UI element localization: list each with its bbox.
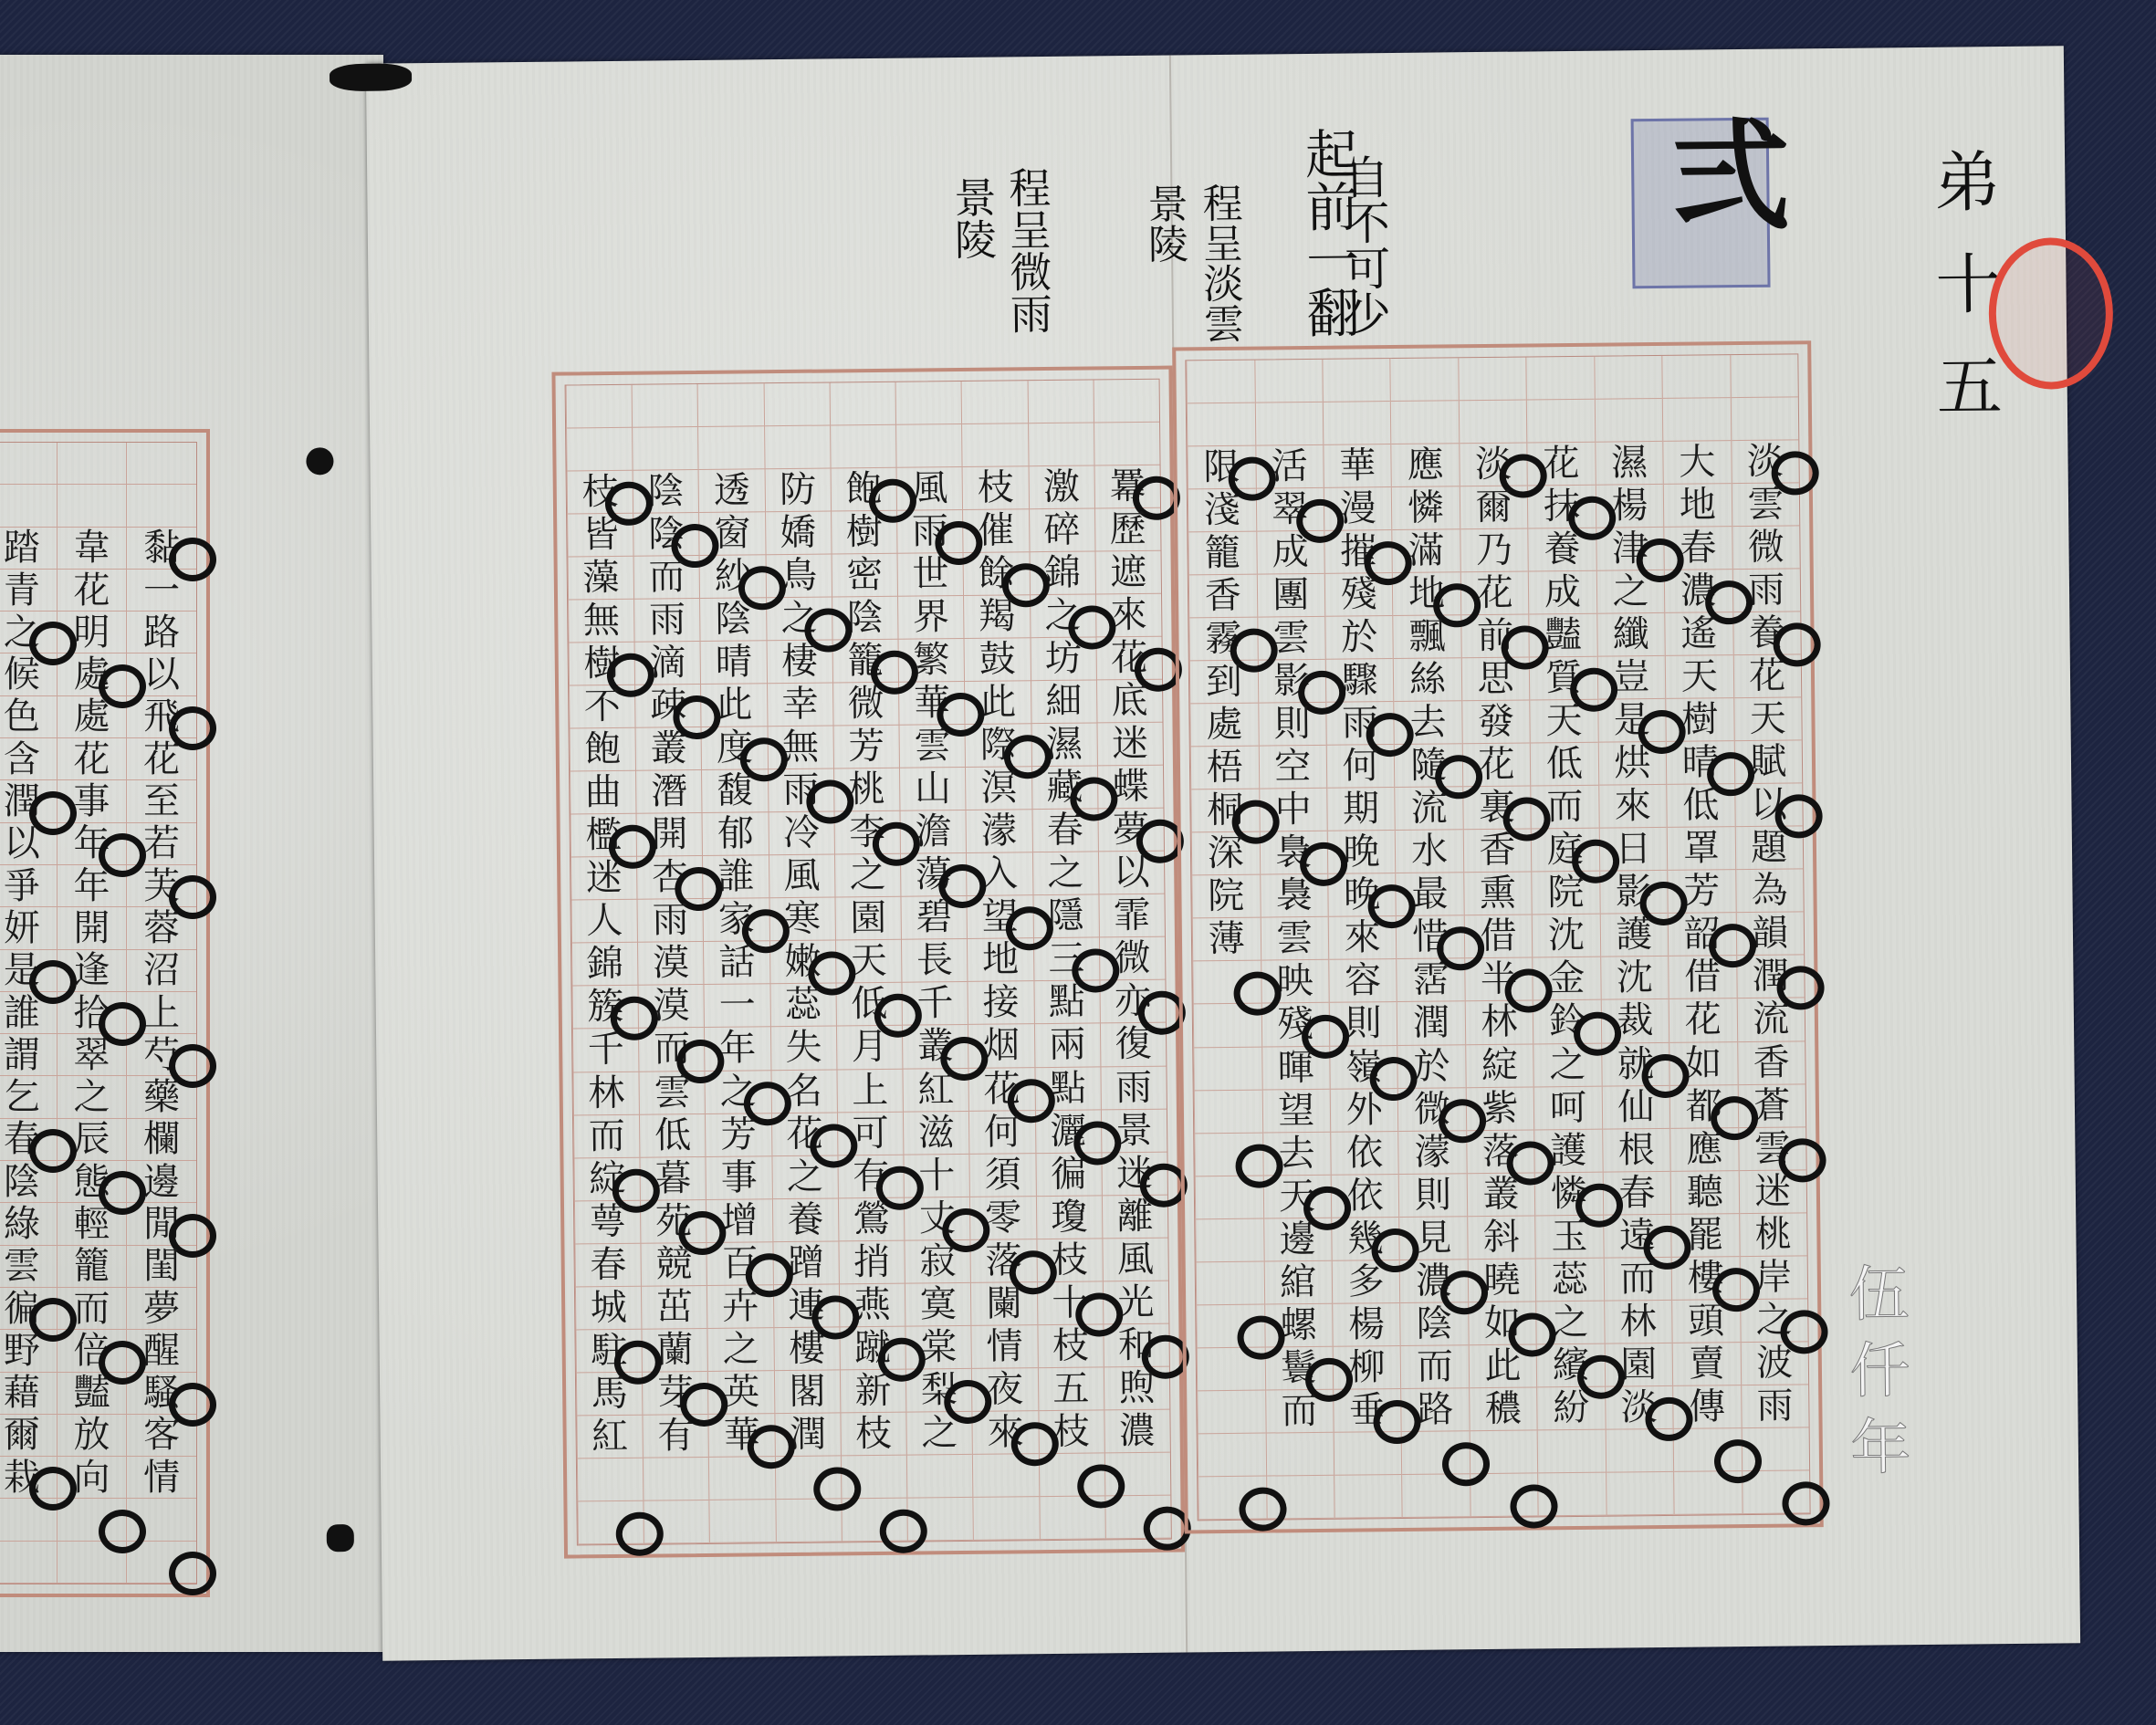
- character-cell: 溟: [966, 767, 1031, 810]
- character-cell: 翠: [58, 1034, 127, 1076]
- character-cell: 馥: [702, 770, 768, 814]
- empty-cell: [765, 426, 831, 470]
- character-cell: 沈: [1533, 915, 1600, 958]
- character-cell: [974, 1497, 1040, 1541]
- character-cell: 叢: [1468, 1173, 1535, 1217]
- character-cell: 微: [1732, 526, 1800, 570]
- empty-cell: [567, 385, 633, 429]
- character-cell: 飽: [570, 728, 636, 772]
- character-cell: 上: [837, 1069, 903, 1113]
- character-cell: 綰: [1264, 1260, 1332, 1304]
- character-cell: 仙: [1602, 1085, 1669, 1129]
- character-cell: 山: [900, 768, 966, 811]
- character-cell: 妍: [0, 907, 57, 949]
- character-cell: 為: [1736, 870, 1804, 914]
- character-cell: 雲: [0, 1246, 57, 1288]
- character-cell: 失: [771, 1027, 837, 1071]
- character-cell: 飄: [1394, 615, 1461, 659]
- character-cell: 則: [1399, 1174, 1467, 1218]
- character-cell: 駐: [576, 1329, 642, 1373]
- character-cell: 皆: [568, 514, 633, 558]
- character-cell: [1266, 1433, 1334, 1477]
- character-cell: [1196, 1218, 1263, 1262]
- character-cell: 春: [0, 1119, 57, 1161]
- character-cell: 應: [1670, 1128, 1738, 1172]
- character-cell: 根: [1603, 1128, 1670, 1172]
- character-cell: 處: [58, 696, 127, 738]
- character-cell: 樓: [774, 1327, 840, 1371]
- character-cell: 激: [1029, 466, 1094, 510]
- character-cell: 綠: [0, 1203, 57, 1245]
- character-cell: 爭: [0, 865, 57, 907]
- right-page-columns: 淡雲微雨養花天賦以題為韻潤流香蒼雲迷桃岸之波雨大地春濃遙天樹晴低罩芳韶借花如都應…: [1185, 353, 1810, 1521]
- character-cell: 藻: [569, 557, 634, 601]
- character-cell: 棲: [767, 641, 832, 685]
- character-cell: 春: [1032, 810, 1098, 853]
- character-cell: 何: [1327, 745, 1395, 789]
- character-cell: 花: [127, 738, 196, 780]
- character-cell: 則: [1259, 703, 1326, 747]
- character-cell: 密: [832, 554, 897, 598]
- character-cell: 年: [58, 865, 127, 907]
- character-cell: 賣: [1673, 1343, 1741, 1386]
- character-cell: 世: [898, 553, 964, 597]
- character-cell: 芳: [833, 726, 899, 769]
- character-cell: 遙: [1665, 612, 1732, 656]
- character-cell: 離: [1103, 1195, 1168, 1239]
- left-page-grid: 羃歷遮來花底迷蝶夢以霏微亦復雨景迷離風光和煦濃激碎錦之坊細濕藏春之隱三點兩點灑徧…: [551, 366, 1185, 1559]
- character-cell: [1194, 1004, 1261, 1048]
- character-cell: 至: [127, 780, 196, 822]
- character-cell: 濕: [1596, 442, 1663, 486]
- empty-cell: [699, 426, 765, 470]
- character-cell: 雲: [640, 1071, 706, 1114]
- empty-cell: [764, 382, 830, 426]
- character-cell: 千: [573, 1029, 639, 1072]
- empty-cell: [127, 485, 196, 527]
- character-cell: 此: [1469, 1344, 1536, 1388]
- character-cell: 華: [1324, 444, 1391, 488]
- character-cell: 夢: [127, 1288, 196, 1330]
- character-cell: 芳: [706, 1113, 771, 1157]
- empty-cell: [58, 485, 127, 527]
- character-cell: 於: [1325, 616, 1393, 660]
- character-cell: 捎: [839, 1240, 905, 1284]
- character-cell: 多: [1333, 1260, 1400, 1304]
- character-cell: 謂: [0, 1034, 57, 1076]
- character-cell: 細: [1031, 681, 1097, 725]
- character-cell: 低: [1531, 743, 1598, 787]
- character-cell: 香: [1464, 830, 1532, 873]
- signature-line-2: 景陵: [1140, 183, 1188, 264]
- character-cell: 閣: [775, 1370, 841, 1414]
- character-cell: 霏: [1099, 894, 1165, 938]
- character-cell: 邊: [1264, 1218, 1332, 1261]
- signature-2-line-1: 程呈微雨: [1002, 166, 1053, 335]
- text-column: 激碎錦之坊細濕藏春之隱三點兩點灑徧瓊枝十枝五枝: [1027, 380, 1105, 1540]
- character-cell: 林: [1605, 1301, 1672, 1344]
- character-cell: 復: [1101, 1023, 1167, 1067]
- character-cell: 須: [970, 1154, 1036, 1197]
- character-cell: 淺: [1188, 489, 1256, 533]
- character-cell: 林: [1466, 1001, 1533, 1045]
- character-cell: 何: [969, 1111, 1035, 1155]
- text-column: 踏青之候色含潤以爭妍是誰謂乞春陰綠雲徧野藉爾栽: [0, 443, 57, 1584]
- character-cell: 一: [127, 570, 196, 612]
- character-cell: 情: [127, 1457, 196, 1499]
- empty-cell: [1596, 399, 1663, 443]
- signature-line-1: 程呈淡雲: [1195, 183, 1243, 344]
- character-cell: 透: [699, 469, 765, 513]
- empty-cell: [1029, 423, 1094, 466]
- empty-cell: [633, 427, 698, 471]
- signature-2-line-2: 景陵: [947, 176, 998, 261]
- character-cell: 風: [769, 855, 835, 899]
- empty-cell: [1731, 397, 1798, 441]
- character-cell: 冷: [769, 812, 834, 856]
- character-cell: 幸: [768, 684, 833, 727]
- character-cell: 來: [1599, 785, 1667, 829]
- character-cell: 纖: [1597, 613, 1665, 657]
- character-cell: 處: [1190, 704, 1258, 747]
- character-cell: 羯: [964, 595, 1030, 639]
- character-cell: 煦: [1104, 1366, 1170, 1410]
- character-cell: 開: [58, 907, 127, 949]
- character-cell: 低: [1667, 784, 1734, 828]
- character-cell: 裊: [1261, 874, 1328, 918]
- character-cell: 有: [644, 1415, 709, 1458]
- empty-cell: [1028, 380, 1094, 423]
- character-cell: 熏: [1464, 873, 1532, 916]
- character-cell: 暉: [1262, 1046, 1330, 1090]
- character-cell: 栽: [0, 1457, 57, 1499]
- empty-cell: [0, 485, 57, 527]
- character-cell: 一: [705, 985, 770, 1029]
- character-cell: 園: [835, 897, 901, 941]
- character-cell: 雲: [1261, 917, 1328, 961]
- character-cell: 放: [58, 1415, 127, 1457]
- empty-cell: [1391, 401, 1459, 444]
- character-cell: 界: [898, 596, 964, 640]
- character-cell: 不: [570, 685, 635, 729]
- empty-cell: [1459, 357, 1526, 401]
- character-cell: [907, 1455, 973, 1499]
- character-cell: 樹: [832, 511, 897, 555]
- empty-cell: [962, 423, 1028, 467]
- character-cell: 發: [1462, 701, 1530, 745]
- character-cell: 借: [1669, 957, 1736, 1000]
- character-cell: 深: [1192, 832, 1260, 876]
- character-cell: 錦: [572, 943, 638, 987]
- character-cell: 林: [574, 1072, 640, 1115]
- character-cell: 羃: [1094, 465, 1160, 509]
- character-cell: 徧: [0, 1288, 57, 1330]
- empty-cell: [1255, 402, 1323, 446]
- character-cell: 罩: [1668, 827, 1735, 871]
- character-cell: 月: [837, 1026, 903, 1070]
- character-cell: 低: [640, 1113, 706, 1157]
- character-cell: 陰: [0, 1161, 57, 1203]
- character-cell: 誰: [0, 992, 57, 1034]
- character-cell: 蕊: [1536, 1258, 1604, 1302]
- left-partial-sheet: 黏一路以飛花至若芙蓉沼上芍藥欄邊閒閨夢醒騷客情韋花明處處花事年年開逢拾翠之辰態輕…: [0, 55, 383, 1652]
- character-cell: 梧: [1191, 747, 1259, 790]
- character-cell: [776, 1499, 842, 1542]
- character-cell: 濛: [1399, 1131, 1467, 1175]
- reviewer-signature-2b: 景陵: [942, 175, 1003, 304]
- empty-cell: [1188, 403, 1255, 447]
- character-cell: [1198, 1433, 1266, 1477]
- character-cell: 斜: [1468, 1216, 1535, 1260]
- character-cell: 外: [1331, 1089, 1398, 1133]
- character-cell: 以: [1099, 852, 1165, 895]
- left-page-columns: 羃歷遮來花底迷蝶夢以霏微亦復雨景迷離風光和煦濃激碎錦之坊細濕藏春之隱三點兩點灑徧…: [565, 379, 1172, 1546]
- character-cell: 情: [972, 1325, 1038, 1369]
- character-cell: 寂: [905, 1240, 971, 1284]
- character-cell: 淡: [1732, 440, 1799, 484]
- character-cell: 無: [569, 600, 634, 643]
- empty-cell: [58, 443, 127, 485]
- character-cell: 之: [58, 1076, 127, 1118]
- character-cell: 郁: [703, 813, 769, 857]
- character-cell: [578, 1458, 644, 1501]
- character-cell: [0, 1499, 57, 1541]
- character-cell: 新: [841, 1369, 906, 1413]
- character-cell: 鼓: [965, 638, 1031, 682]
- character-cell: 客: [127, 1415, 196, 1457]
- character-cell: 五: [1038, 1367, 1104, 1411]
- character-cell: 叢: [636, 727, 702, 771]
- character-cell: 之: [1033, 852, 1099, 896]
- character-cell: 乞: [0, 1076, 57, 1118]
- character-cell: 檻: [571, 814, 637, 858]
- character-cell: 雲: [900, 725, 966, 768]
- character-cell: 期: [1327, 788, 1395, 831]
- character-cell: 憐: [1392, 486, 1460, 530]
- character-cell: [58, 1542, 127, 1584]
- character-cell: 黏: [127, 528, 196, 570]
- character-cell: 城: [576, 1286, 642, 1330]
- character-cell: 紅: [904, 1068, 969, 1112]
- character-cell: [709, 1457, 775, 1500]
- character-cell: [1606, 1429, 1673, 1473]
- character-cell: 霑: [1397, 959, 1465, 1003]
- character-cell: 路: [127, 612, 196, 653]
- character-cell: 樹: [570, 643, 635, 686]
- character-cell: [1674, 1471, 1742, 1515]
- character-cell: 香: [1738, 1041, 1805, 1085]
- embossed-stamp: 伍仟年: [1830, 1261, 1920, 1492]
- character-cell: 春: [575, 1243, 641, 1287]
- character-cell: 點: [1034, 981, 1100, 1025]
- character-cell: [1040, 1496, 1105, 1540]
- character-cell: 薄: [1193, 918, 1261, 962]
- character-cell: [1334, 1475, 1402, 1519]
- character-cell: 之: [1596, 570, 1664, 614]
- red-seal: [1988, 237, 2114, 390]
- character-cell: [644, 1458, 709, 1501]
- character-cell: 院: [1192, 875, 1260, 919]
- character-cell: 風: [1103, 1238, 1168, 1281]
- character-cell: 踏: [0, 528, 57, 570]
- character-cell: 枝: [1038, 1324, 1104, 1368]
- empty-cell: [1255, 360, 1323, 403]
- character-cell: [1195, 1090, 1262, 1134]
- character-cell: 含: [0, 738, 57, 780]
- character-cell: 籠: [1188, 532, 1256, 576]
- empty-cell: [1595, 356, 1662, 400]
- character-cell: 青: [0, 570, 57, 612]
- ink-stain: [306, 447, 333, 475]
- character-cell: 花: [58, 570, 127, 612]
- character-cell: 成: [1257, 531, 1324, 575]
- character-cell: 淡: [1460, 444, 1527, 487]
- reviewer-comment-1b: 自不可少: [1330, 153, 1398, 392]
- character-cell: 碎: [1030, 509, 1095, 553]
- character-cell: 雨: [634, 599, 700, 643]
- character-cell: [1197, 1304, 1264, 1348]
- character-cell: 徧: [1036, 1153, 1102, 1197]
- text-column: 枝皆藻無樹不飽曲檻迷人錦簇千林而綻萼春城駐馬紅: [566, 385, 644, 1545]
- character-cell: 綻: [574, 1157, 640, 1201]
- character-cell: 天: [1666, 655, 1733, 699]
- character-cell: 迷: [1739, 1170, 1806, 1214]
- character-cell: 思: [1462, 658, 1530, 702]
- character-cell: [1607, 1472, 1674, 1516]
- text-column: 防嬌鳥之棲幸無雨冷風寒嫩蕊失名花之養蹭連樓閣潤: [763, 382, 842, 1542]
- character-cell: 而: [574, 1114, 640, 1158]
- character-cell: 爾: [0, 1415, 57, 1457]
- character-cell: 話: [704, 942, 769, 986]
- character-cell: 地: [1664, 484, 1732, 528]
- character-cell: 籠: [58, 1246, 127, 1288]
- character-cell: 紛: [1537, 1386, 1605, 1430]
- character-cell: 地: [968, 939, 1033, 983]
- left-sheet-columns: 黏一路以飛花至若芙蓉沼上芍藥欄邊閒閨夢醒騷客情韋花明處處花事年年開逢拾翠之辰態輕…: [0, 442, 197, 1584]
- character-cell: 濛: [967, 810, 1032, 854]
- reviewer-signature-1b: 景陵: [1134, 183, 1193, 311]
- character-cell: 萼: [575, 1200, 641, 1244]
- character-cell: [1198, 1476, 1266, 1520]
- character-cell: 養: [1529, 528, 1596, 572]
- character-cell: 人: [572, 900, 638, 944]
- character-cell: 天: [1531, 700, 1598, 744]
- character-cell: 茁: [642, 1286, 707, 1330]
- left-sheet-grid: 黏一路以飛花至若芙蓉沼上芍藥欄邊閒閨夢醒騷客情韋花明處處花事年年開逢拾翠之辰態輕…: [0, 429, 210, 1597]
- character-cell: 雨: [1742, 1385, 1809, 1428]
- character-cell: 天: [1734, 698, 1802, 742]
- character-cell: 桐: [1191, 789, 1259, 833]
- empty-cell: [1662, 355, 1730, 399]
- character-cell: 底: [1097, 680, 1163, 724]
- character-cell: [1195, 1133, 1262, 1176]
- character-cell: 烘: [1598, 742, 1666, 786]
- character-cell: 容: [1329, 959, 1397, 1003]
- character-cell: 沼: [127, 950, 196, 992]
- character-cell: 飽: [831, 468, 896, 512]
- character-cell: 養: [773, 1198, 839, 1242]
- character-cell: 遮: [1095, 551, 1161, 595]
- character-cell: 陰: [1401, 1302, 1469, 1346]
- stamp-number-text: 伍仟年: [1838, 1261, 1911, 1492]
- character-cell: 流: [1396, 788, 1463, 831]
- empty-cell: [896, 382, 962, 425]
- reviewer-signature-1: 程呈淡雲: [1188, 183, 1249, 384]
- character-cell: 是: [0, 950, 57, 992]
- character-cell: 滋: [904, 1111, 969, 1155]
- character-cell: 桃: [1740, 1213, 1807, 1257]
- character-cell: 卉: [707, 1285, 773, 1329]
- character-cell: 之: [0, 612, 57, 653]
- character-cell: [1403, 1474, 1470, 1518]
- character-cell: 霧: [1189, 618, 1257, 662]
- character-cell: 望: [1262, 1089, 1330, 1133]
- character-cell: 碧: [902, 896, 968, 940]
- character-cell: 水: [1396, 831, 1463, 874]
- empty-cell: [1460, 401, 1527, 444]
- character-cell: 豔: [58, 1373, 127, 1415]
- main-exam-sheet: 羃歷遮來花底迷蝶夢以霏微亦復雨景迷離風光和煦濃激碎錦之坊細濕藏春之隱三點兩點灑徧…: [366, 46, 2080, 1660]
- character-cell: 曲: [570, 771, 636, 815]
- character-cell: 蓉: [127, 907, 196, 949]
- character-cell: 大: [1663, 441, 1731, 485]
- character-cell: [1193, 961, 1261, 1005]
- empty-cell: [1094, 380, 1159, 423]
- empty-cell: [567, 428, 633, 472]
- character-cell: 而: [1604, 1258, 1671, 1302]
- character-cell: 之: [772, 1155, 838, 1199]
- character-cell: [0, 1542, 57, 1584]
- character-cell: 枝: [841, 1412, 906, 1456]
- character-cell: 到: [1190, 661, 1258, 705]
- character-cell: 鶯: [839, 1197, 905, 1241]
- character-cell: 之: [708, 1328, 774, 1372]
- character-cell: 潤: [1397, 1002, 1465, 1046]
- character-cell: 成: [1529, 571, 1596, 615]
- character-cell: 呵: [1534, 1086, 1602, 1130]
- character-cell: 防: [765, 469, 831, 513]
- empty-cell: [1391, 358, 1459, 402]
- comment-line-2: 自不可少: [1336, 153, 1391, 337]
- ink-stain: [327, 1524, 354, 1552]
- character-cell: 玉: [1535, 1215, 1603, 1259]
- character-cell: 微: [833, 683, 899, 727]
- character-cell: 雨: [1101, 1066, 1167, 1110]
- character-cell: 而: [1266, 1390, 1334, 1434]
- character-cell: 潤: [0, 780, 57, 822]
- character-cell: 花: [58, 738, 127, 780]
- character-cell: 韋: [58, 528, 127, 570]
- character-cell: 漠: [638, 942, 704, 986]
- character-cell: 花: [1733, 655, 1801, 699]
- empty-cell: [1094, 423, 1160, 466]
- empty-cell: [831, 425, 896, 469]
- character-cell: 野: [0, 1330, 57, 1372]
- character-cell: 殘: [1325, 573, 1393, 617]
- grade-mark: 弍: [1636, 112, 1807, 233]
- character-cell: 接: [968, 982, 1034, 1026]
- character-cell: 穠: [1470, 1387, 1537, 1431]
- text-column: 限淺籠香霧到處梧桐深院薄: [1186, 361, 1266, 1521]
- character-cell: 題: [1735, 827, 1803, 871]
- grade-mark-text: 弍: [1651, 112, 1792, 233]
- character-cell: 迷: [571, 857, 637, 901]
- empty-cell: [1324, 402, 1391, 445]
- empty-cell: [633, 384, 698, 428]
- character-cell: [710, 1500, 776, 1543]
- character-cell: 濃: [1104, 1409, 1170, 1453]
- character-cell: 波: [1741, 1342, 1808, 1385]
